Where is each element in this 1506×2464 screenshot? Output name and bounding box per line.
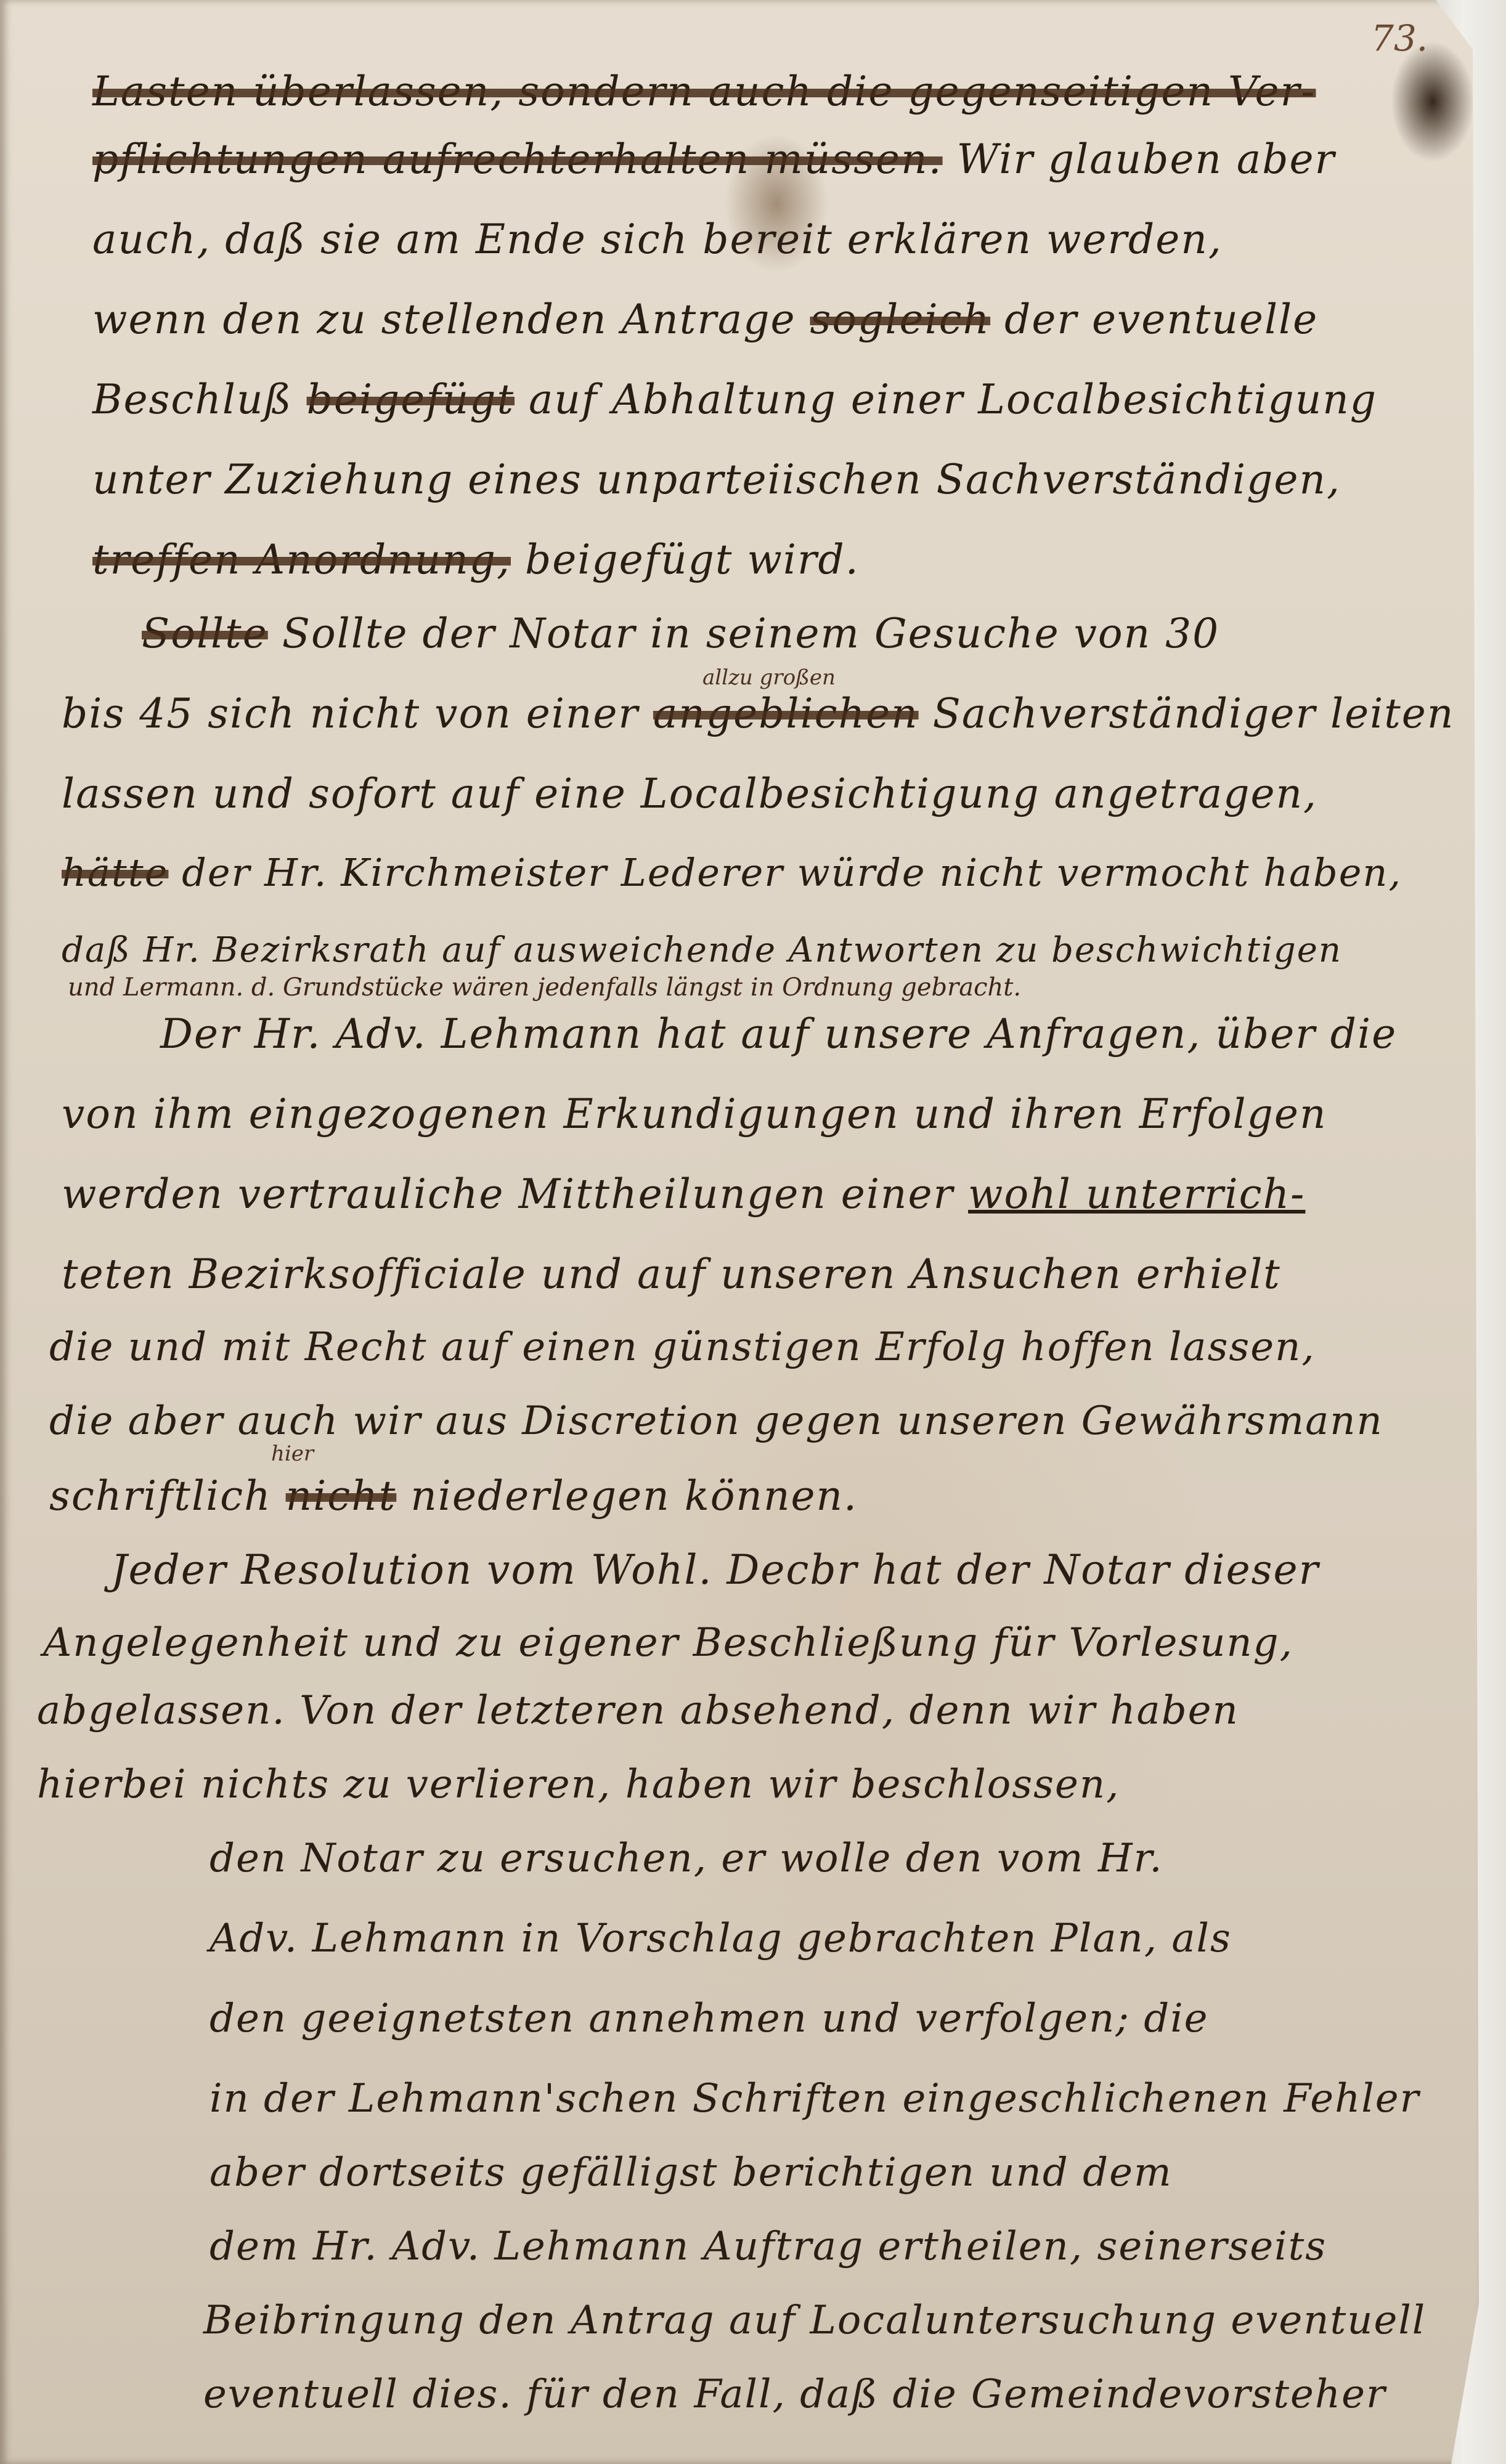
text-line: die und mit Recht auf einen günstigen Er… <box>49 1324 1316 1370</box>
line-text: der Hr. Kirchmeister Lederer würde nicht… <box>168 850 1402 895</box>
line-text: Beibringung den Antrag auf Localuntersuc… <box>203 2298 1426 2343</box>
line-text: schriftlich <box>49 1472 286 1520</box>
text-line: treffen Anordnung, beigefügt wird. <box>92 536 860 583</box>
text-line: hätte der Hr. Kirchmeister Lederer würde… <box>62 850 1402 895</box>
text-line: Jeder Resolution vom Wohl. Decbr hat der… <box>111 1546 1319 1594</box>
underlined-text: wohl unterrich- <box>968 1170 1305 1218</box>
line-text: hierbei nichts zu verlieren, haben wir b… <box>37 1762 1120 1807</box>
manuscript-scene: 73. Lasten überlassen, sondern auch die … <box>0 0 1506 2464</box>
text-line: eventuell dies. für den Fall, daß die Ge… <box>203 2372 1386 2417</box>
text-line: aber dortseits gefälligst berichtigen un… <box>210 2150 1173 2195</box>
text-line: Beibringung den Antrag auf Localuntersuc… <box>203 2298 1426 2343</box>
text-line: Lasten überlassen, sondern auch die gege… <box>92 68 1316 115</box>
handwritten-text-block: Lasten überlassen, sondern auch die gege… <box>0 0 1479 2464</box>
struck-text: Lasten überlassen, sondern auch die gege… <box>92 68 1316 115</box>
line-text: beigefügt wird. <box>511 536 860 583</box>
text-line: lassen und sofort auf eine Localbesichti… <box>62 770 1317 817</box>
line-text: Angelegenheit und zu eigener Beschließun… <box>43 1620 1293 1666</box>
text-line: dem Hr. Adv. Lehmann Auftrag ertheilen, … <box>210 2224 1327 2269</box>
line-text: werden vertrauliche Mittheilungen einer <box>62 1170 968 1218</box>
text-line: die aber auch wir aus Discretion gegen u… <box>49 1398 1383 1444</box>
text-line: hierbei nichts zu verlieren, haben wir b… <box>37 1762 1120 1807</box>
text-line: Adv. Lehmann in Vorschlag gebrachten Pla… <box>210 1916 1232 1961</box>
text-line: in der Lehmann'schen Schriften eingeschl… <box>210 2076 1420 2122</box>
text-line: auch, daß sie am Ende sich bereit erklär… <box>92 216 1223 263</box>
struck-text: angeblichen <box>653 690 919 737</box>
struck-text: nicht <box>286 1472 397 1520</box>
line-text: Sachverständiger leiten <box>919 690 1455 737</box>
line-text: unter Zuziehung eines unparteiischen Sac… <box>92 456 1341 503</box>
text-line: den Notar zu ersuchen, er wolle den vom … <box>210 1836 1163 1881</box>
line-text: teten Bezirksofficiale und auf unseren A… <box>62 1250 1281 1298</box>
interlinear-insertion: allzu großen <box>702 665 836 690</box>
text-line: teten Bezirksofficiale und auf unseren A… <box>62 1250 1281 1298</box>
text-line: schriftlich nicht niederlegen können. <box>49 1472 858 1520</box>
line-text: Beschluß <box>92 376 307 423</box>
text-line: Angelegenheit und zu eigener Beschließun… <box>43 1620 1293 1666</box>
line-text: daß Hr. Bezirksrath auf ausweichende Ant… <box>62 930 1342 970</box>
line-text: eventuell dies. für den Fall, daß die Ge… <box>203 2372 1386 2417</box>
line-text: Der Hr. Adv. Lehmann hat auf unsere Anfr… <box>160 1010 1397 1058</box>
line-text: in der Lehmann'schen Schriften eingeschl… <box>210 2076 1420 2122</box>
line-text: lassen und sofort auf eine Localbesichti… <box>62 770 1317 817</box>
line-text: Sollte der Notar in seinem Gesuche von 3… <box>268 610 1219 657</box>
struck-text: pflichtungen aufrechterhalten müssen. <box>92 136 943 183</box>
text-line: Sollte Sollte der Notar in seinem Gesuch… <box>142 610 1219 657</box>
text-line: Beschluß beigefügt auf Abhaltung einer L… <box>92 376 1377 423</box>
interlinear-note: und Lermann. d. Grundstücke wären jedenf… <box>68 973 1021 1002</box>
line-text: auch, daß sie am Ende sich bereit erklär… <box>92 216 1223 263</box>
struck-text: hätte <box>62 850 168 895</box>
line-text: aber dortseits gefälligst berichtigen un… <box>210 2150 1173 2195</box>
line-text: der eventuelle <box>990 296 1318 343</box>
line-text: wenn den zu stellenden Antrage <box>92 296 810 343</box>
text-line: den geeignetsten annehmen und verfolgen;… <box>210 1996 1209 2041</box>
line-text: die und mit Recht auf einen günstigen Er… <box>49 1324 1316 1370</box>
text-line: werden vertrauliche Mittheilungen einer … <box>62 1170 1305 1218</box>
line-text: den geeignetsten annehmen und verfolgen;… <box>210 1996 1209 2041</box>
text-line: wenn den zu stellenden Antrage sogleich … <box>92 296 1318 343</box>
line-text: auf Abhaltung einer Localbesichtigung <box>515 376 1377 423</box>
line-text: Wir glauben aber <box>943 136 1336 183</box>
line-text: niederlegen können. <box>396 1472 858 1520</box>
line-text: den Notar zu ersuchen, er wolle den vom … <box>210 1836 1163 1881</box>
text-line: von ihm eingezogenen Erkundigungen und i… <box>62 1090 1327 1138</box>
text-line: bis 45 sich nicht von einer angeblichen … <box>62 690 1454 737</box>
struck-text: Sollte <box>142 610 268 657</box>
text-line: unter Zuziehung eines unparteiischen Sac… <box>92 456 1341 503</box>
line-text: bis 45 sich nicht von einer <box>62 690 653 737</box>
text-line: Der Hr. Adv. Lehmann hat auf unsere Anfr… <box>160 1010 1397 1058</box>
manuscript-page: 73. Lasten überlassen, sondern auch die … <box>0 0 1479 2464</box>
line-text: die aber auch wir aus Discretion gegen u… <box>49 1398 1383 1444</box>
line-text: von ihm eingezogenen Erkundigungen und i… <box>62 1090 1327 1138</box>
text-line: pflichtungen aufrechterhalten müssen. Wi… <box>92 136 1335 183</box>
struck-text: sogleich <box>810 296 991 343</box>
line-text: Jeder Resolution vom Wohl. Decbr hat der… <box>111 1546 1319 1594</box>
text-line: abgelassen. Von der letzteren absehend, … <box>37 1688 1239 1733</box>
line-text: abgelassen. Von der letzteren absehend, … <box>37 1688 1239 1733</box>
struck-text: treffen Anordnung, <box>92 536 511 583</box>
interlinear-insertion: hier <box>271 1441 314 1466</box>
struck-text: beigefügt <box>307 376 515 423</box>
text-line: daß Hr. Bezirksrath auf ausweichende Ant… <box>62 930 1342 970</box>
line-text: Adv. Lehmann in Vorschlag gebrachten Pla… <box>210 1916 1232 1961</box>
line-text: dem Hr. Adv. Lehmann Auftrag ertheilen, … <box>210 2224 1327 2269</box>
